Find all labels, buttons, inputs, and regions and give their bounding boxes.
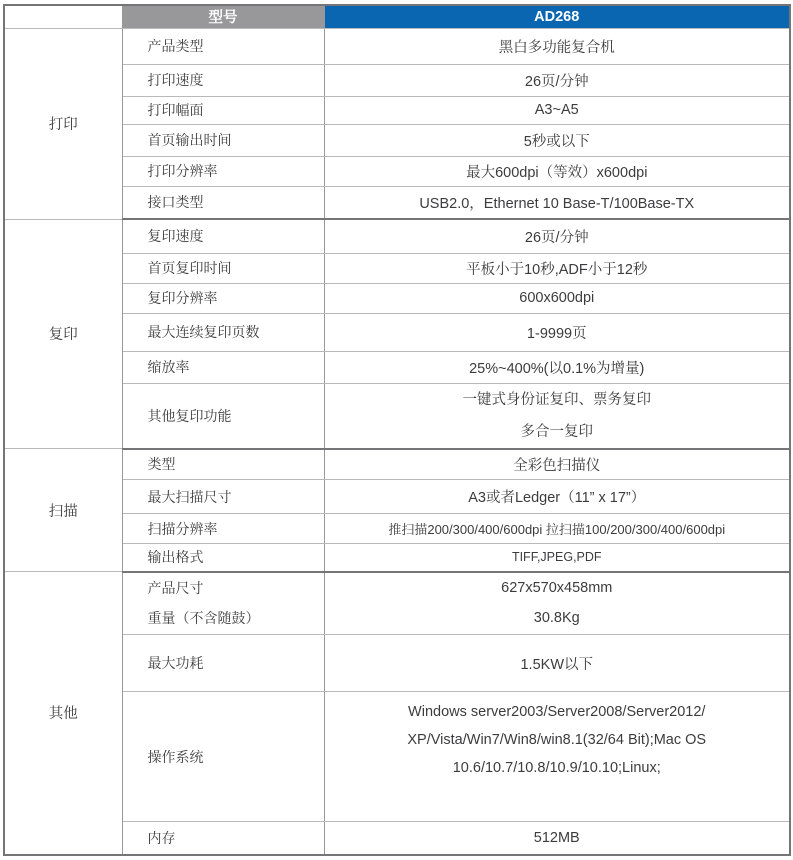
spec-label: 首页输出时间	[122, 124, 324, 156]
spec-value: 26页/分钟	[324, 64, 790, 96]
table-row: 打印分辨率 最大600dpi（等效）x600dpi	[4, 156, 790, 186]
table-row: 最大扫描尺寸 A3或者Ledger（11” x 17”）	[4, 480, 790, 514]
category-cell-other: 其他	[4, 572, 122, 855]
spec-value: 512MB	[324, 822, 790, 855]
spec-label: 重量（不含随鼓）	[122, 603, 324, 635]
spec-label: 操作系统	[122, 692, 324, 822]
spec-label: 打印分辨率	[122, 156, 324, 186]
spec-value: 一键式身份证复印、票务复印 多合一复印	[324, 383, 790, 449]
table-row: 首页复印时间 平板小于10秒,ADF小于12秒	[4, 253, 790, 283]
table-row: 其他 产品尺寸 627x570x458mm	[4, 572, 790, 603]
table-row: 缩放率 25%~400%(以0.1%为增量)	[4, 351, 790, 383]
model-value: AD268	[324, 5, 790, 28]
value-line: Windows server2003/Server2008/Server2012…	[325, 698, 790, 726]
category-cell-print: 打印	[4, 28, 122, 219]
spec-label: 其他复印功能	[122, 383, 324, 449]
table-row: 扫描 类型 全彩色扫描仪	[4, 449, 790, 480]
spec-value: 627x570x458mm	[324, 572, 790, 603]
value-line: XP/Vista/Win7/Win8/win8.1(32/64 Bit);Mac…	[325, 726, 790, 754]
spec-label: 最大功耗	[122, 635, 324, 692]
spec-value: A3~A5	[324, 96, 790, 124]
spec-label: 接口类型	[122, 186, 324, 219]
table-row: 其他复印功能 一键式身份证复印、票务复印 多合一复印	[4, 383, 790, 449]
spec-label: 产品尺寸	[122, 572, 324, 603]
spec-value: 黑白多功能复合机	[324, 28, 790, 64]
table-row: 首页输出时间 5秒或以下	[4, 124, 790, 156]
spec-value: A3或者Ledger（11” x 17”）	[324, 480, 790, 514]
header-category-cell	[4, 5, 122, 28]
table-row: 复印 复印速度 26页/分钟	[4, 219, 790, 253]
table-row: 扫描分辨率 推扫描200/300/400/600dpi 拉扫描100/200/3…	[4, 514, 790, 544]
spec-value: 1-9999页	[324, 313, 790, 351]
spec-label: 首页复印时间	[122, 253, 324, 283]
table-row: 最大连续复印页数 1-9999页	[4, 313, 790, 351]
spec-label: 类型	[122, 449, 324, 480]
spec-value: 平板小于10秒,ADF小于12秒	[324, 253, 790, 283]
spec-value: 30.8Kg	[324, 603, 790, 635]
category-cell-scan: 扫描	[4, 449, 122, 572]
value-line: 一键式身份证复印、票务复印	[325, 388, 790, 412]
table-row: 输出格式 TIFF,JPEG,PDF	[4, 544, 790, 572]
table-row: 操作系统 Windows server2003/Server2008/Serve…	[4, 692, 790, 822]
table-row: 重量（不含随鼓） 30.8Kg	[4, 603, 790, 635]
table-header-row: 型号 AD268	[4, 5, 790, 28]
spec-label: 复印分辨率	[122, 283, 324, 313]
table-row: 复印分辨率 600x600dpi	[4, 283, 790, 313]
table-row: 打印速度 26页/分钟	[4, 64, 790, 96]
spec-value: 最大600dpi（等效）x600dpi	[324, 156, 790, 186]
spec-label: 复印速度	[122, 219, 324, 253]
spec-value: 600x600dpi	[324, 283, 790, 313]
value-line: 10.6/10.7/10.8/10.9/10.10;Linux;	[325, 754, 790, 782]
spec-value: USB2.0，Ethernet 10 Base-T/100Base-TX	[324, 186, 790, 219]
spec-value: Windows server2003/Server2008/Server2012…	[324, 692, 790, 822]
table-row: 最大功耗 1.5KW以下	[4, 635, 790, 692]
table-row: 打印 产品类型 黑白多功能复合机	[4, 28, 790, 64]
spec-label: 最大扫描尺寸	[122, 480, 324, 514]
spec-label: 内存	[122, 822, 324, 855]
spec-label: 产品类型	[122, 28, 324, 64]
value-line: 多合一复印	[325, 420, 790, 444]
spec-label: 最大连续复印页数	[122, 313, 324, 351]
spec-value: 1.5KW以下	[324, 635, 790, 692]
spec-value: TIFF,JPEG,PDF	[324, 544, 790, 572]
spec-value: 推扫描200/300/400/600dpi 拉扫描100/200/300/400…	[324, 514, 790, 544]
spec-value: 全彩色扫描仪	[324, 449, 790, 480]
model-label: 型号	[122, 5, 324, 28]
table-row: 打印幅面 A3~A5	[4, 96, 790, 124]
spec-label: 打印幅面	[122, 96, 324, 124]
table-row: 接口类型 USB2.0，Ethernet 10 Base-T/100Base-T…	[4, 186, 790, 219]
spec-value: 5秒或以下	[324, 124, 790, 156]
spec-label: 输出格式	[122, 544, 324, 572]
spec-label: 扫描分辨率	[122, 514, 324, 544]
spec-value: 25%~400%(以0.1%为增量)	[324, 351, 790, 383]
category-cell-copy: 复印	[4, 219, 122, 449]
table-row: 内存 512MB	[4, 822, 790, 855]
spec-label: 缩放率	[122, 351, 324, 383]
spec-table: 型号 AD268 打印 产品类型 黑白多功能复合机 打印速度 26页/分钟 打印…	[3, 4, 791, 856]
spec-value: 26页/分钟	[324, 219, 790, 253]
spec-label: 打印速度	[122, 64, 324, 96]
